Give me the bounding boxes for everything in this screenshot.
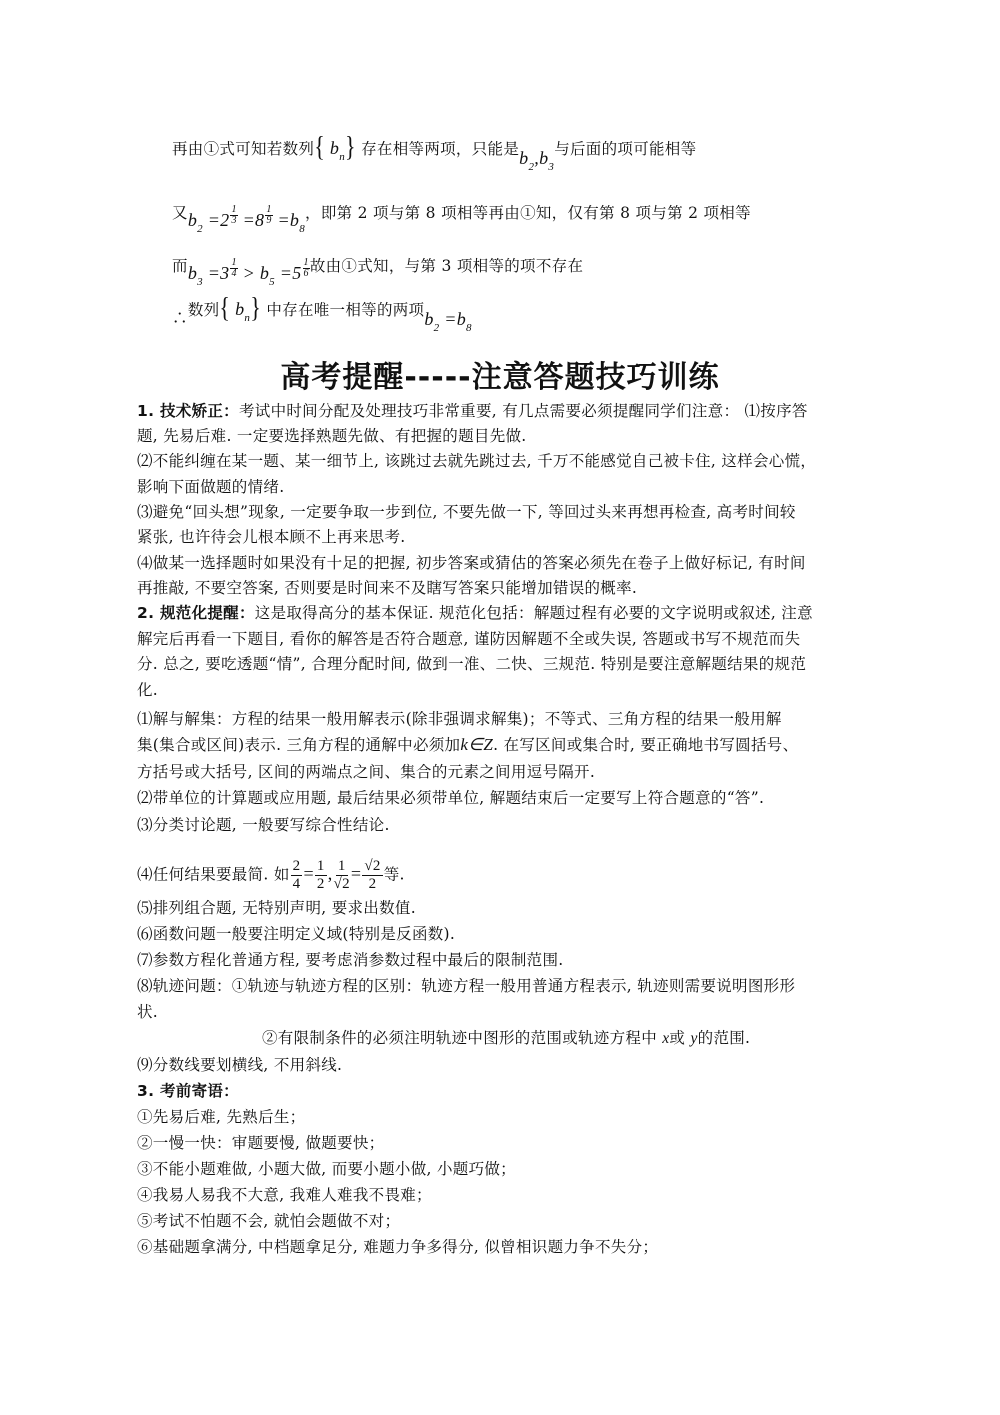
section2-item-9: ⑼分数线要划横线, 不用斜线. (137, 1055, 342, 1075)
text: 而 (172, 257, 188, 275)
proof-line-2: 又b2 =213 =819 =b8，即第 2 项与第 8 项相等再由①知，仅有第… (172, 197, 751, 231)
section1-heading: 1. 技术矫正： (137, 402, 239, 420)
fraction: 1√2 (334, 858, 350, 893)
text: ⑷任何结果要最简. 如 (137, 866, 290, 884)
text: . 在写区间或集合时, 要正确地书写圆括号、 (493, 736, 798, 754)
section3-item: ①先易后难, 先熟后生； (137, 1107, 305, 1127)
math-y: y (690, 1030, 697, 1047)
text: 再由①式可知若数列 (172, 140, 314, 158)
section1-line-2: 题, 先易后难. 一定要选择熟题先做、有把握的题目先做. (137, 426, 527, 446)
sequence-set: { bn} (219, 299, 261, 319)
section1-line-6: 紧张, 也许待会儿根本顾不上再来思考. (137, 527, 405, 547)
section2-item-8c: ②有限制条件的必须注明轨迹中图形的范围或轨迹方程中 x或 y的范围. (262, 1028, 750, 1049)
text: 或 (669, 1029, 690, 1047)
section1-line-7: ⑷做某一选择题时如果没有十足的把握, 初步答案或猜估的答案必须先在卷子上做好标记… (137, 553, 806, 573)
math-equation: b2 =213 =819 =b8 (188, 210, 305, 230)
section2-item-2: ⑵带单位的计算题或应用题, 最后结果必须带单位, 解题结束后一定要写上符合题意的… (137, 788, 764, 808)
section2-item-4: ⑷任何结果要最简. 如24=12,1√2=√22等. (137, 858, 405, 893)
section3-item: ③不能小题难做, 小题大做, 而要小题小做, 小题巧做； (137, 1159, 516, 1179)
section1-line-4: 影响下面做题的情绪. (137, 477, 284, 497)
text: 存在相等两项，只能是 (361, 140, 519, 158)
math-inequality: b3 =314 > b5 =516 (188, 263, 310, 283)
section2-line-3: 分. 总之, 要吃透题“情”, 合理分配时间, 做到一准、二快、三规范. 特别是… (137, 654, 806, 674)
equals: = (303, 864, 313, 884)
text: 这是取得高分的基本保证. 规范化包括：解题过程有必要的文字说明或叙述, 注意 (255, 604, 813, 622)
section2-heading: 2. 规范化提醒： (137, 604, 255, 622)
section2-item-7: ⑺参数方程化普通方程, 要考虑消参数过程中最后的限制范围. (137, 950, 563, 970)
section3-item: ⑤考试不怕题不会, 就怕会题做不对； (137, 1211, 400, 1231)
text: 等. (384, 866, 405, 884)
section1-line-3: ⑵不能纠缠在某一题、某一细节上, 该跳过去就先跳过去, 千万不能感觉自己被卡住,… (137, 451, 816, 471)
text: 中存在唯一相等的两项 (266, 301, 424, 319)
section2-item-8b: 状. (137, 1002, 158, 1022)
math-k-in-z: k∈Z (460, 735, 493, 754)
text: 与后面的项可能相等 (554, 140, 696, 158)
text: ，即第 2 项与第 8 项相等再由①知，仅有第 8 项与第 2 项相等 (305, 204, 751, 222)
section2-item-5: ⑸排列组合题, 无特别声明, 要求出数值. (137, 898, 416, 918)
fraction: 12 (315, 858, 327, 893)
text: 集(集合或区间)表示. 三角方程的通解中必须加 (137, 736, 460, 754)
section3-item: ⑥基础题拿满分, 中档题拿足分, 难题力争多得分, 似曾相识题力争不失分； (137, 1237, 658, 1257)
section2-item-1a: ⑴解与解集：方程的结果一般用解表示(除非强调求解集)；不等式、三角方程的结果一般… (137, 709, 782, 729)
equals: = (351, 864, 361, 884)
section3-heading: 3. 考前寄语： (137, 1081, 239, 1101)
section3-item: ②一慢一快：审题要慢, 做题要快； (137, 1133, 384, 1153)
fraction: 24 (291, 858, 303, 893)
section2-item-6: ⑹函数问题一般要注明定义域(特别是反函数). (137, 924, 455, 944)
text: ②有限制条件的必须注明轨迹中图形的范围或轨迹方程中 (262, 1029, 662, 1047)
math-equation: b2 =b8 (424, 309, 472, 329)
text: 故由①式知，与第 3 项相等的项不存在 (310, 257, 583, 275)
proof-line-1: 再由①式可知若数列{ bn} 存在相等两项，只能是b2,b3与后面的项可能相等 (172, 137, 696, 167)
text: 数列 (188, 301, 220, 319)
section2-item-1b: 集(集合或区间)表示. 三角方程的通解中必须加k∈Z. 在写区间或集合时, 要正… (137, 735, 798, 755)
math-terms: b2,b3 (519, 148, 554, 168)
proof-line-3: 而b3 =314 > b5 =516故由①式知，与第 3 项相等的项不存在 (172, 250, 583, 284)
section1-line-5: ⑶避免“回头想”现象, 一定要争取一步到位, 不要先做一下, 等回过头来再想再检… (137, 502, 796, 522)
section1-line-1: 1. 技术矫正：考试中时间分配及处理技巧非常重要, 有几点需要必须提醒同学们注意… (137, 401, 808, 421)
sequence-set: { bn} (314, 138, 356, 158)
proof-line-4: ∴数列{ bn} 中存在唯一相等的两项b2 =b8 (172, 298, 472, 328)
document-page: 再由①式可知若数列{ bn} 存在相等两项，只能是b2,b3与后面的项可能相等 … (0, 0, 1000, 1415)
section2-line-4: 化. (137, 680, 158, 700)
text: 的范围. (698, 1029, 751, 1047)
section2-item-1d: 方括号或大括号, 区间的两端点之间、集合的元素之间用逗号隔开. (137, 762, 595, 782)
fraction: √22 (362, 858, 382, 893)
section2-item-3: ⑶分类讨论题, 一般要写综合性结论. (137, 815, 390, 835)
section1-line-8: 再推敲, 不要空答案, 否则要是时间来不及瞎写答案只能增加错误的概率. (137, 578, 637, 598)
section3-item: ④我易人易我不大意, 我难人难我不畏难； (137, 1185, 432, 1205)
text: 又 (172, 204, 188, 222)
therefore-symbol: ∴ (172, 309, 188, 327)
comma: , (328, 864, 333, 884)
section2-item-8a: ⑻轨迹问题：①轨迹与轨迹方程的区别：轨迹方程一般用普通方程表示, 轨迹则需要说明… (137, 976, 795, 996)
section2-line-1: 2. 规范化提醒：这是取得高分的基本保证. 规范化包括：解题过程有必要的文字说明… (137, 603, 813, 623)
section2-line-2: 解完后再看一下题目, 看你的解答是否符合题意, 谨防因解题不全或失误, 答题或书… (137, 629, 800, 649)
text: 考试中时间分配及处理技巧非常重要, 有几点需要必须提醒同学们注意： ⑴按序答 (239, 402, 808, 420)
section-title: 高考提醒-----注意答题技巧训练 (0, 352, 1000, 396)
